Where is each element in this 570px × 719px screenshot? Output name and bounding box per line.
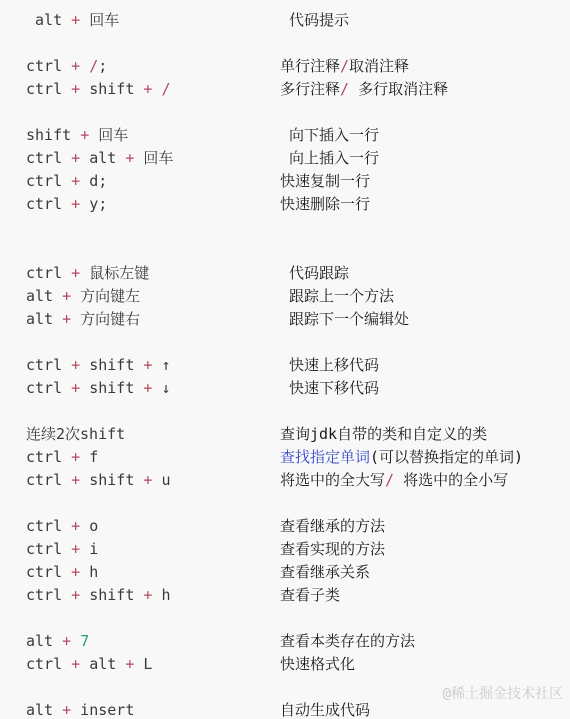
shortcut-row: ctrl + shift + /多行注释/ 多行取消注释: [26, 78, 570, 101]
shortcut-keys: ctrl + h: [26, 561, 280, 584]
operator-token: +: [71, 448, 80, 466]
key-token: 连续2次shift: [26, 425, 125, 443]
shortcut-keys: ctrl + shift + ↓: [26, 377, 280, 400]
operator-token: +: [71, 517, 80, 535]
key-token: ↑: [152, 356, 170, 374]
shortcut-keys: ctrl + f: [26, 446, 280, 469]
desc-token: 代码提示: [280, 11, 349, 29]
shortcut-row: alt + insert自动生成代码: [26, 699, 570, 719]
shortcut-keys: ctrl + shift + u: [26, 469, 280, 492]
desc-token: 将选中的全小写: [394, 471, 508, 489]
desc-token: (可以替换指定的单词): [370, 448, 523, 466]
key-token: shift: [80, 379, 143, 397]
shortcut-description: 查看实现的方法: [280, 538, 385, 561]
key-token: ctrl: [26, 356, 71, 374]
key-token: ctrl: [26, 379, 71, 397]
shortcut-description: 代码提示: [280, 9, 349, 32]
operator-token: +: [71, 586, 80, 604]
shortcut-row: alt + 方向键左 跟踪上一个方法: [26, 285, 570, 308]
desc-token: 快速格式化: [280, 655, 355, 673]
shortcut-description: 多行注释/ 多行取消注释: [280, 78, 448, 101]
key-token: ctrl: [26, 172, 71, 190]
desc-token: 向下插入一行: [280, 126, 379, 144]
page: { "watermark": { "text": "@稀土掘金技术社区" }, …: [0, 0, 570, 719]
shortcut-keys: 连续2次shift: [26, 423, 280, 446]
shortcut-keys: ctrl + shift + /: [26, 78, 280, 101]
desc-token: 快速复制一行: [280, 172, 370, 190]
shortcut-keys: ctrl + o: [26, 515, 280, 538]
shortcut-row: shift + 回车 向下插入一行: [26, 124, 570, 147]
operator-token: +: [71, 655, 80, 673]
juejin-watermark: @稀土掘金技术社区: [443, 686, 563, 702]
shortcut-keys: alt + insert: [26, 699, 280, 719]
desc-token: 快速下移代码: [280, 379, 379, 397]
shortcut-description: 单行注释/取消注释: [280, 55, 409, 78]
shortcut-description: 快速删除一行: [280, 193, 370, 216]
shortcut-description: 查看本类存在的方法: [280, 630, 415, 653]
shortcut-keys: alt + 7: [26, 630, 280, 653]
key-token: i: [80, 540, 98, 558]
key-token: 回车: [80, 11, 119, 29]
key-token: ;: [98, 57, 107, 75]
operator-token: +: [71, 563, 80, 581]
desc-token: 将选中的全大写: [280, 471, 385, 489]
operator-token: +: [71, 11, 80, 29]
desc-token: 查看继承关系: [280, 563, 370, 581]
operator-token: +: [71, 264, 80, 282]
key-token: alt: [26, 310, 62, 328]
shortcut-description: 将选中的全大写/ 将选中的全小写: [280, 469, 508, 492]
desc-token: 多行取消注释: [349, 80, 448, 98]
operator-token: +: [71, 149, 80, 167]
key-token: h: [80, 563, 98, 581]
desc-token: 跟踪下一个编辑处: [280, 310, 409, 328]
number-token: 7: [80, 632, 89, 650]
shortcut-description: 快速下移代码: [280, 377, 379, 400]
shortcut-row: ctrl + h查看继承关系: [26, 561, 570, 584]
shortcut-description: 快速格式化: [280, 653, 355, 676]
key-token: [71, 632, 80, 650]
operator-token: /: [385, 471, 394, 489]
operator-token: /: [340, 57, 349, 75]
shortcut-row: ctrl + /;单行注释/取消注释: [26, 55, 570, 78]
operator-token: /: [161, 80, 170, 98]
desc-token: 查看实现的方法: [280, 540, 385, 558]
key-token: 方向键左: [71, 287, 140, 305]
key-token: shift: [80, 471, 143, 489]
key-token: shift: [80, 80, 143, 98]
shortcut-row: ctrl + alt + L快速格式化: [26, 653, 570, 676]
key-token: ctrl: [26, 471, 71, 489]
key-token: ctrl: [26, 540, 71, 558]
find-word-link[interactable]: 查找指定单词: [280, 448, 370, 466]
shortcut-keys: ctrl + /;: [26, 55, 280, 78]
desc-token: 查看继承的方法: [280, 517, 385, 535]
operator-token: +: [71, 80, 80, 98]
shortcut-description: 查询jdk自带的类和自定义的类: [280, 423, 487, 446]
shortcut-keys: ctrl + shift + ↑: [26, 354, 280, 377]
desc-token: 快速删除一行: [280, 195, 370, 213]
shortcut-description: 查找指定单词(可以替换指定的单词): [280, 446, 523, 469]
shortcut-list: alt + 回车 代码提示ctrl + /;单行注释/取消注释ctrl + sh…: [0, 0, 570, 719]
desc-token: 查询jdk自带的类和自定义的类: [280, 425, 487, 443]
shortcut-row: ctrl + 鼠标左键 代码跟踪: [26, 262, 570, 285]
key-token: ctrl: [26, 586, 71, 604]
key-token: alt: [26, 632, 62, 650]
shortcut-keys: ctrl + shift + h: [26, 584, 280, 607]
desc-token: 查看子类: [280, 586, 340, 604]
operator-token: +: [71, 356, 80, 374]
shortcut-keys: shift + 回车: [26, 124, 280, 147]
shortcut-row: ctrl + o查看继承的方法: [26, 515, 570, 538]
shortcut-cheatsheet: alt + 回车 代码提示ctrl + /;单行注释/取消注释ctrl + sh…: [0, 0, 570, 719]
shortcut-keys: alt + 回车: [26, 9, 280, 32]
key-token: shift: [26, 126, 80, 144]
shortcut-description: 查看继承的方法: [280, 515, 385, 538]
operator-token: +: [62, 701, 71, 719]
operator-token: +: [62, 310, 71, 328]
operator-token: +: [80, 126, 89, 144]
shortcut-description: 快速上移代码: [280, 354, 379, 377]
shortcut-description: 查看子类: [280, 584, 340, 607]
key-token: u: [152, 471, 170, 489]
key-token: d;: [80, 172, 107, 190]
key-token: alt: [80, 655, 125, 673]
key-token: insert: [71, 701, 134, 719]
desc-token: 代码跟踪: [280, 264, 349, 282]
desc-token: 取消注释: [349, 57, 409, 75]
key-token: h: [152, 586, 170, 604]
key-token: 鼠标左键: [80, 264, 149, 282]
shortcut-description: 快速复制一行: [280, 170, 370, 193]
key-token: f: [80, 448, 98, 466]
key-token: alt: [26, 287, 62, 305]
shortcut-row: ctrl + y;快速删除一行: [26, 193, 570, 216]
key-token: ctrl: [26, 195, 71, 213]
shortcut-row: ctrl + d;快速复制一行: [26, 170, 570, 193]
shortcut-row: ctrl + i查看实现的方法: [26, 538, 570, 561]
shortcut-row: ctrl + shift + ↑ 快速上移代码: [26, 354, 570, 377]
key-token: ctrl: [26, 264, 71, 282]
desc-token: 单行注释: [280, 57, 340, 75]
shortcut-keys: ctrl + y;: [26, 193, 280, 216]
shortcut-description: 向上插入一行: [280, 147, 379, 170]
operator-token: +: [71, 57, 80, 75]
shortcut-keys: alt + 方向键右: [26, 308, 280, 331]
shortcut-keys: ctrl + d;: [26, 170, 280, 193]
operator-token: +: [62, 287, 71, 305]
shortcut-description: 向下插入一行: [280, 124, 379, 147]
shortcut-row: ctrl + alt + 回车 向上插入一行: [26, 147, 570, 170]
key-token: ctrl: [26, 563, 71, 581]
shortcut-row: alt + 回车 代码提示: [26, 9, 570, 32]
shortcut-row: 连续2次shift查询jdk自带的类和自定义的类: [26, 423, 570, 446]
key-token: [80, 57, 89, 75]
operator-token: +: [71, 540, 80, 558]
key-token: ctrl: [26, 80, 71, 98]
operator-token: /: [89, 57, 98, 75]
shortcut-description: 跟踪下一个编辑处: [280, 308, 409, 331]
key-token: ctrl: [26, 655, 71, 673]
shortcut-description: 跟踪上一个方法: [280, 285, 394, 308]
shortcut-keys: ctrl + alt + 回车: [26, 147, 280, 170]
operator-token: /: [340, 80, 349, 98]
shortcut-row: ctrl + shift + u将选中的全大写/ 将选中的全小写: [26, 469, 570, 492]
shortcut-row: ctrl + shift + ↓ 快速下移代码: [26, 377, 570, 400]
desc-token: 自动生成代码: [280, 701, 370, 719]
shortcut-description: 自动生成代码: [280, 699, 370, 719]
key-token: ctrl: [26, 517, 71, 535]
key-token: 方向键右: [71, 310, 140, 328]
operator-token: +: [62, 632, 71, 650]
operator-token: +: [71, 379, 80, 397]
operator-token: +: [71, 172, 80, 190]
shortcut-row: alt + 方向键右 跟踪下一个编辑处: [26, 308, 570, 331]
key-token: o: [80, 517, 98, 535]
operator-token: +: [71, 471, 80, 489]
shortcut-keys: ctrl + alt + L: [26, 653, 280, 676]
shortcut-row: alt + 7查看本类存在的方法: [26, 630, 570, 653]
key-token: ctrl: [26, 57, 71, 75]
key-token: shift: [80, 356, 143, 374]
shortcut-description: 代码跟踪: [280, 262, 349, 285]
shortcut-keys: alt + 方向键左: [26, 285, 280, 308]
shortcut-row: ctrl + f查找指定单词(可以替换指定的单词): [26, 446, 570, 469]
key-token: ctrl: [26, 448, 71, 466]
desc-token: 快速上移代码: [280, 356, 379, 374]
desc-token: 跟踪上一个方法: [280, 287, 394, 305]
shortcut-description: 查看继承关系: [280, 561, 370, 584]
key-token: 回车: [89, 126, 128, 144]
desc-token: 多行注释: [280, 80, 340, 98]
desc-token: 查看本类存在的方法: [280, 632, 415, 650]
key-token: y;: [80, 195, 107, 213]
desc-token: 向上插入一行: [280, 149, 379, 167]
key-token: alt: [80, 149, 125, 167]
shortcut-keys: ctrl + 鼠标左键: [26, 262, 280, 285]
shortcut-keys: ctrl + i: [26, 538, 280, 561]
key-token: ctrl: [26, 149, 71, 167]
key-token: ↓: [152, 379, 170, 397]
operator-token: +: [71, 195, 80, 213]
shortcut-row: ctrl + shift + h查看子类: [26, 584, 570, 607]
key-token: alt: [26, 701, 62, 719]
key-token: shift: [80, 586, 143, 604]
key-token: L: [134, 655, 152, 673]
key-token: 回车: [134, 149, 173, 167]
key-token: alt: [26, 11, 71, 29]
